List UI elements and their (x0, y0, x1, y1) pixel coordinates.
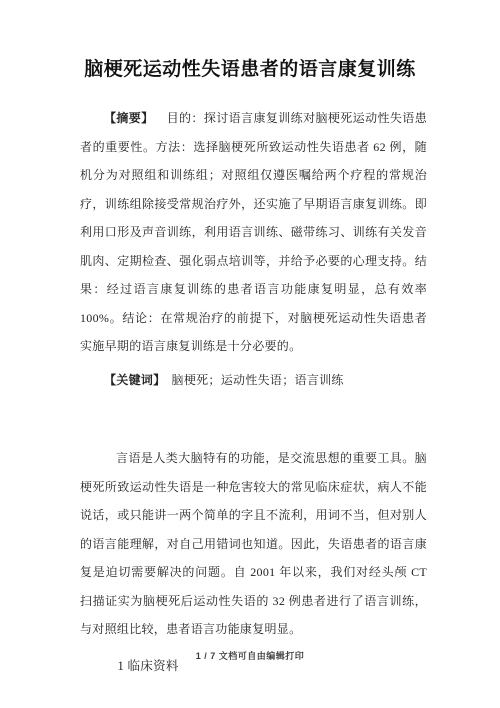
document-page: 脑梗死运动性失语患者的语言康复训练 【摘要】目的：探讨语言康复训练对脑梗死运动性… (0, 0, 500, 708)
page-footer: 1 / 7 文档可自由编辑打印 (0, 650, 500, 662)
page-title: 脑梗死运动性失语患者的语言康复训练 (0, 0, 500, 83)
keywords-label: 【关键词】 (104, 373, 166, 387)
body-paragraph: 言语是人类大脑特有的功能，是交流思想的重要工具。脑梗死所致运动性失语是一种危害较… (80, 444, 427, 644)
keywords-paragraph: 【关键词】脑梗死；运动性失语；语言训练 (80, 366, 427, 395)
abstract-text: 目的：探讨语言康复训练对脑梗死运动性失语患者的重要性。方法：选择脑梗死所致运动性… (80, 111, 427, 353)
abstract-paragraph: 【摘要】目的：探讨语言康复训练对脑梗死运动性失语患者的重要性。方法：选择脑梗死所… (80, 104, 427, 361)
abstract-label: 【摘要】 (104, 111, 154, 125)
keywords-text: 脑梗死；运动性失语；语言训练 (172, 373, 344, 387)
